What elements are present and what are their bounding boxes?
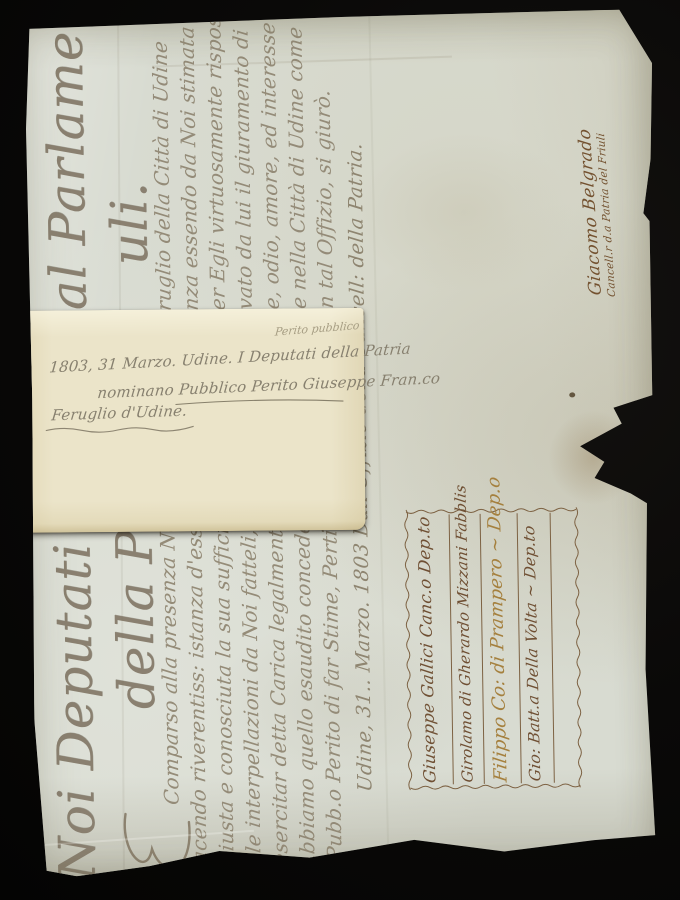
body-line-end: n tal Offizio, si giurò. — [310, 88, 337, 309]
archival-note: Perito pubblico 1803, 31 Marzo. Udine. I… — [25, 308, 366, 533]
body-line-start: alle interpellazioni da Noi fatteli, far… — [236, 480, 266, 873]
note-corner-label: Perito pubblico — [275, 319, 361, 339]
body-line-end: nza essendo da Noi stimata — [174, 25, 203, 312]
body-line-end: e nella Città di Udine come — [282, 25, 310, 310]
body-line-end: e, odio, amore, ed interesse — [255, 21, 284, 311]
photo-stage: Noi Deputati del al Parlamento della P u… — [0, 0, 680, 900]
note-line-3: Feruglio d'Udine. — [51, 402, 189, 425]
body-line-end: vato da lui il giuramento di — [228, 28, 256, 311]
parchment-document: Noi Deputati del al Parlamento della P u… — [21, 9, 664, 881]
chancellor-signature: Giacomo Belgrado Cancell.r d.a Patria de… — [575, 128, 619, 298]
body-line-end: er Egli virtuosamente risposto — [201, 0, 230, 311]
heading-line1-end: al Parlamento — [34, 0, 98, 311]
note-line-1: 1803, 31 Marzo. Udine. I Deputati della … — [49, 339, 412, 376]
note-flourish-underline — [46, 423, 198, 436]
body-line-end: ruglio della Città di Udine — [148, 40, 176, 312]
note-underline — [175, 396, 345, 407]
